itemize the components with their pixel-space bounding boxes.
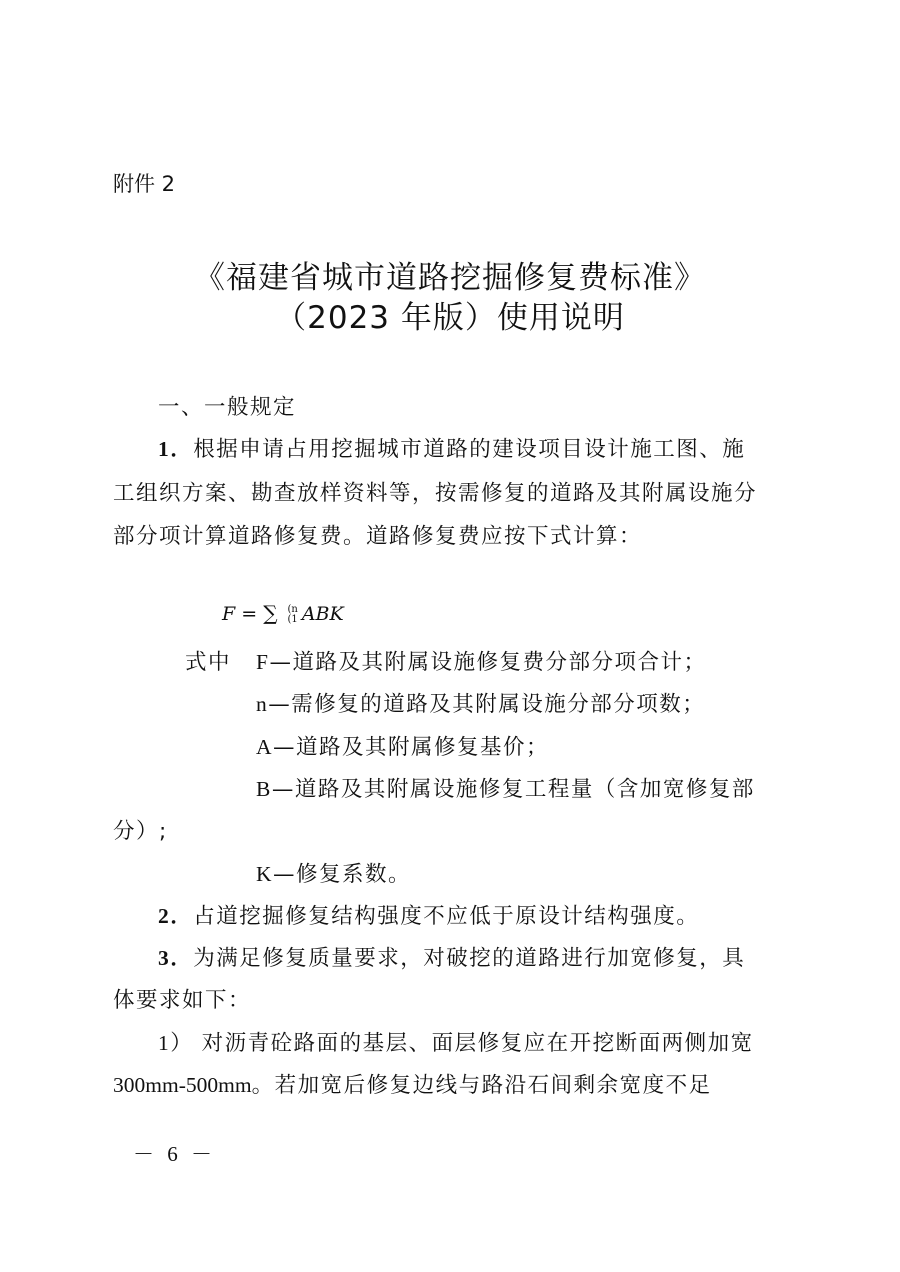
attachment-label: 附件 2 (113, 168, 175, 198)
definition-text: —道路及其附属修复基价； (273, 735, 549, 760)
item-1-line-3: 部分项计算道路修复费。道路修复费应按下式计算： (113, 519, 642, 550)
item-2-number: 2． (158, 904, 193, 928)
definition-k: K—修复系数。 (256, 857, 411, 888)
document-subtitle: （2023 年版）使用说明 (0, 292, 900, 337)
symbol: B (256, 777, 272, 801)
definition-text: —需修复的道路及其附属设施分部分项数； (268, 692, 705, 717)
definition-f: F—道路及其附属设施修复费分部分项合计； (256, 645, 706, 676)
symbol: A (256, 735, 273, 759)
sub-item-1-text: 对沥青砼路面的基层、面层修复应在开挖断面两侧加宽 (202, 1031, 754, 1056)
sub-item-1-number: 1） (158, 1031, 193, 1055)
symbol: n (256, 692, 268, 716)
item-3-text: 为满足修复质量要求，对破挖的道路进行加宽修复，具 (193, 946, 745, 971)
item-3-line-2: 体要求如下： (113, 983, 251, 1014)
symbol: K (256, 862, 273, 886)
formula: F = ∑(n(1ABK (222, 601, 344, 625)
item-1-text: 根据申请占用挖掘城市道路的建设项目设计施工图、施 (193, 437, 745, 462)
sum-limits: (n(1 (287, 605, 297, 625)
item-2-text: 占道挖掘修复结构强度不应低于原设计结构强度。 (193, 904, 699, 929)
item-1-line-1: 1．根据申请占用挖掘城市道路的建设项目设计施工图、施 (158, 432, 745, 463)
definition-n: n—需修复的道路及其附属设施分部分项数； (256, 687, 705, 718)
formula-rhs: ABK (302, 603, 344, 625)
page-number: － 6 － (133, 1138, 216, 1168)
item-2: 2．占道挖掘修复结构强度不应低于原设计结构强度。 (158, 899, 699, 930)
sub-item-1-line-1: 1） 对沥青砼路面的基层、面层修复应在开挖断面两侧加宽 (158, 1026, 754, 1057)
definition-b: B—道路及其附属设施修复工程量（含加宽修复部 (256, 772, 755, 803)
section-heading: 一、一般规定 (158, 390, 296, 421)
definition-b-cont: 分）; (113, 814, 168, 845)
item-3-number: 3． (158, 946, 193, 970)
item-3-line-1: 3．为满足修复质量要求，对破挖的道路进行加宽修复，具 (158, 941, 745, 972)
definition-a: A—道路及其附属修复基价； (256, 730, 549, 761)
item-1-number: 1． (158, 437, 193, 461)
formula-lhs: F = (222, 603, 263, 625)
definition-text: —修复系数。 (273, 862, 411, 887)
sub-item-1-text-cont: 。若加宽后修复边线与路沿石间剩余宽度不足 (252, 1073, 712, 1098)
definition-text: —道路及其附属设施修复工程量（含加宽修复部 (272, 777, 755, 802)
definition-text: —道路及其附属设施修复费分部分项合计； (269, 650, 706, 675)
sum-lower: 1 (291, 614, 297, 625)
measurement: 300mm-500mm (113, 1073, 252, 1097)
sub-item-1-line-2: 300mm-500mm。若加宽后修复边线与路沿石间剩余宽度不足 (113, 1068, 712, 1099)
item-1-line-2: 工组织方案、勘查放样资料等，按需修复的道路及其附属设施分 (113, 476, 757, 507)
document-title: 《福建省城市道路挖掘修复费标准》 (0, 252, 900, 297)
sum-symbol: ∑ (263, 601, 277, 625)
where-label: 式中 (185, 645, 231, 676)
symbol: F (256, 650, 269, 674)
